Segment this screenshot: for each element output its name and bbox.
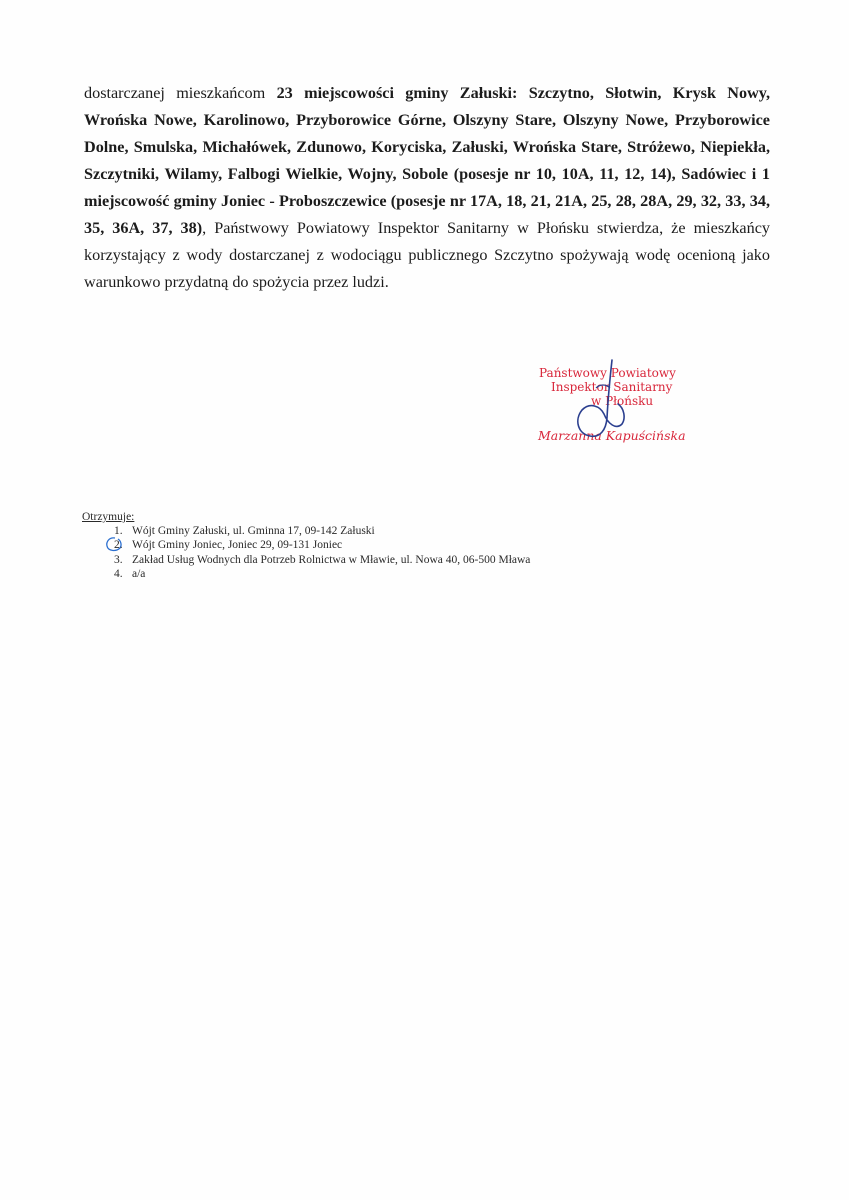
body-paragraph: dostarczanej mieszkańcom 23 miejscowości…	[84, 80, 770, 296]
recipient-number: 2.	[114, 538, 128, 552]
paragraph-intro: dostarczanej mieszkańcom	[84, 84, 277, 102]
recipient-item: 3. Zakład Usług Wodnych dla Potrzeb Roln…	[82, 553, 530, 567]
recipient-number: 3.	[114, 553, 128, 567]
handwritten-signature-icon	[560, 358, 640, 448]
recipient-number: 4.	[114, 567, 128, 581]
recipients-header: Otrzymuje:	[82, 510, 530, 524]
recipient-item: 1. Wójt Gminy Załuski, ul. Gminna 17, 09…	[82, 524, 530, 538]
recipient-text: Zakład Usług Wodnych dla Potrzeb Rolnict…	[132, 554, 530, 566]
recipient-text: a/a	[132, 568, 145, 580]
recipients-list: Otrzymuje: 1. Wójt Gminy Załuski, ul. Gm…	[82, 510, 530, 581]
recipient-item: 2. Wójt Gminy Joniec, Joniec 29, 09-131 …	[82, 538, 530, 552]
recipient-item: 4. a/a	[82, 567, 530, 581]
paragraph-localities: 23 miejscowości gminy Załuski: Szczytno,…	[84, 84, 770, 237]
recipient-text: Wójt Gminy Załuski, ul. Gminna 17, 09-14…	[132, 525, 375, 537]
recipient-text: Wójt Gminy Joniec, Joniec 29, 09-131 Jon…	[132, 539, 342, 551]
document-page: dostarczanej mieszkańcom 23 miejscowości…	[0, 0, 849, 1200]
